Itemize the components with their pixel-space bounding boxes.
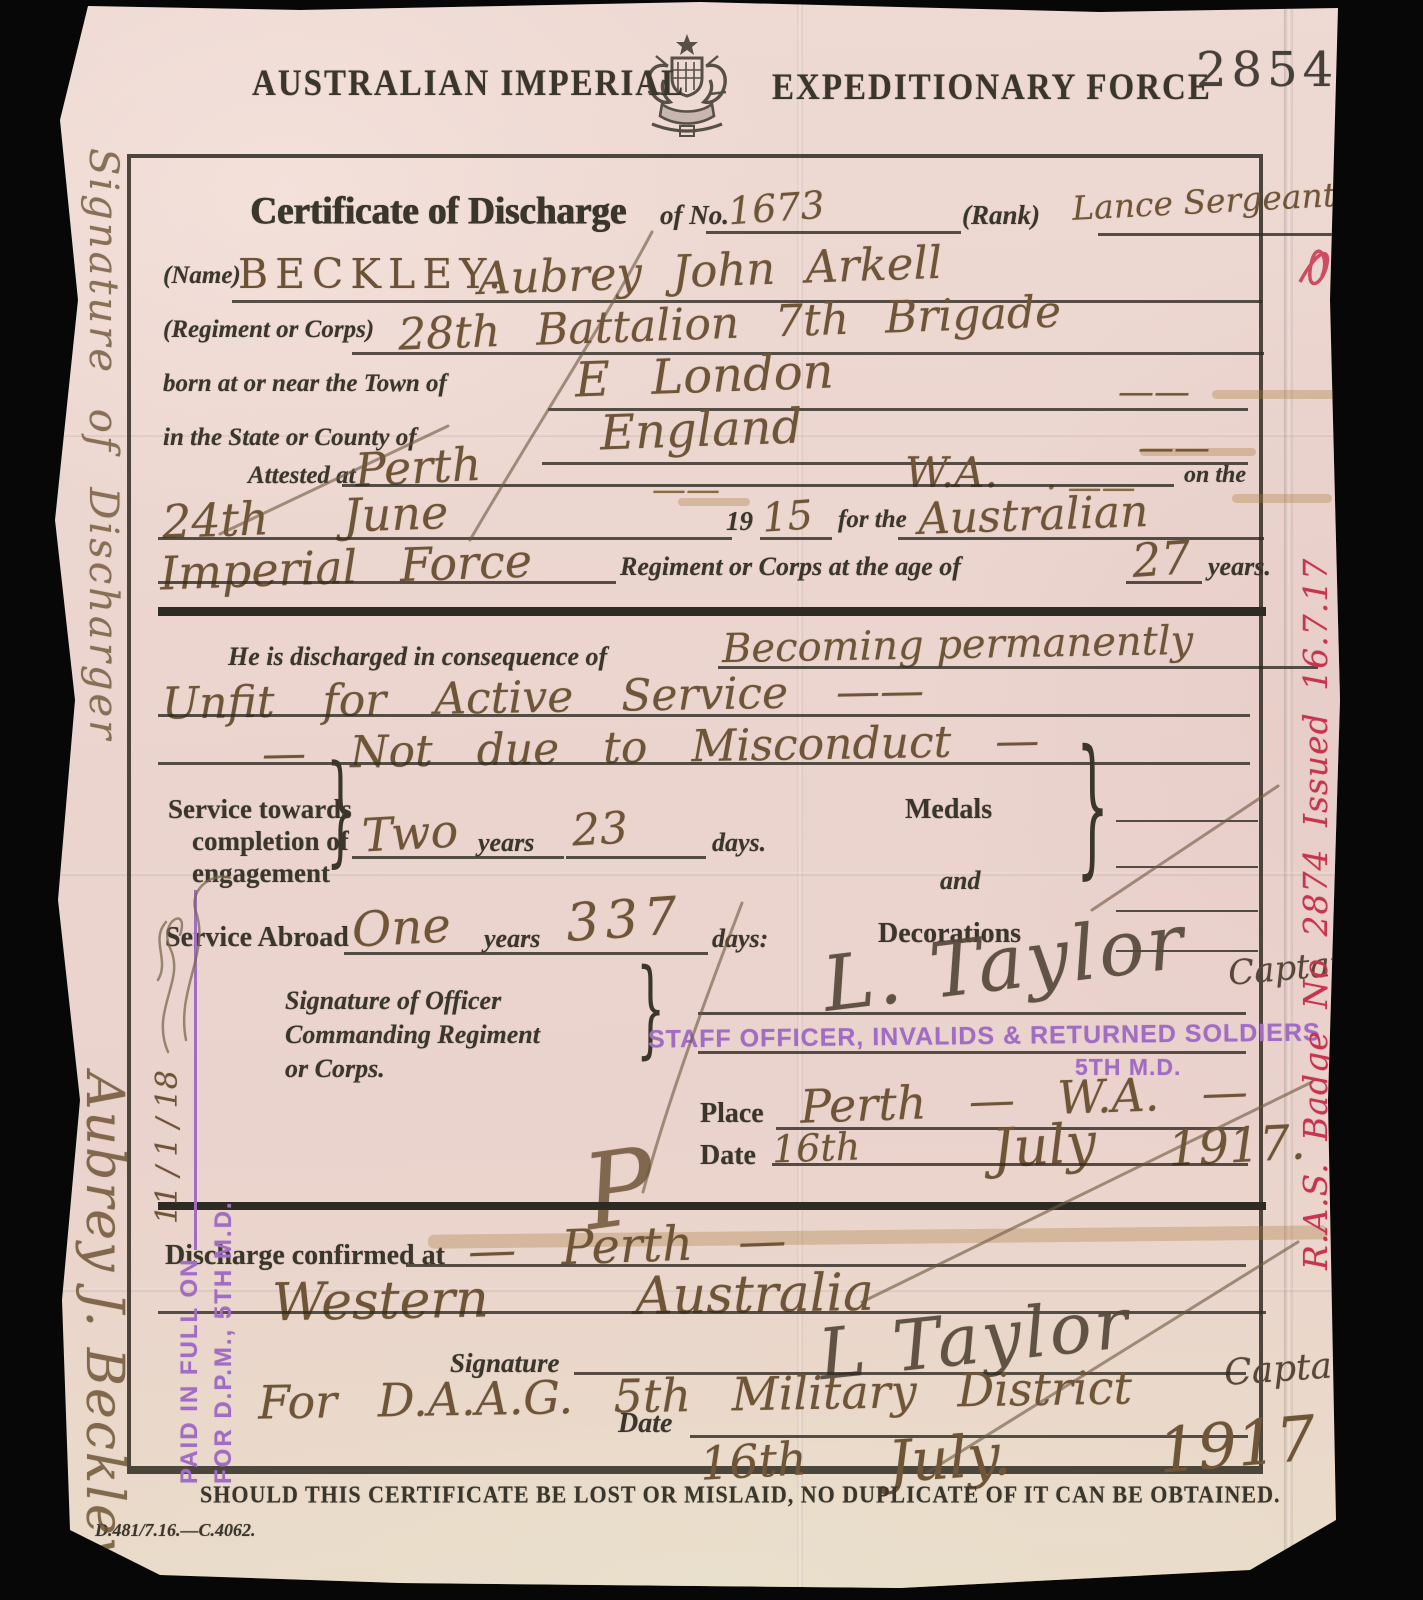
header-title-right: EXPEDITIONARY FORCE — [772, 68, 1212, 109]
born-label: born at or near the Town of — [163, 370, 447, 398]
date2-label: Date — [618, 1408, 672, 1440]
certificate-paper: AUSTRALIAN IMPERIAL EXPEDITIONARY FORCE … — [0, 0, 1423, 1600]
margin-red-note: R.A.S. Badge No 2874 Issued 16.7.17 — [1296, 260, 1335, 1270]
regiment-label: (Regiment or Corps) — [163, 316, 374, 344]
date-year-value: 1917. — [1167, 1114, 1307, 1177]
place-label: Place — [700, 1098, 764, 1130]
on-the-label: on the — [1184, 462, 1246, 489]
abroad-years-value: One — [351, 897, 452, 958]
paid-stamp-text: PAID IN FULL ON — [176, 1258, 203, 1484]
years-word-2: years — [484, 924, 540, 954]
footer-warning: SHOULD THIS CERTIFICATE BE LOST OR MISLA… — [200, 1481, 1160, 1509]
year-printed: 19 — [726, 506, 753, 537]
sig-officer-label-3: or Corps. — [285, 1054, 385, 1084]
paid-date-handwritten: 11 / 1 / 18 — [150, 1044, 185, 1224]
years-word: years — [478, 828, 534, 858]
age-value: 27 — [1130, 530, 1192, 588]
for-the-label: for the — [838, 506, 907, 534]
attested-label: Attested at — [248, 462, 356, 490]
engagement-label-1: Service towards — [168, 794, 352, 825]
days-word: days. — [712, 828, 766, 858]
margin-left-signature: Aubrey J. Beckley — [74, 1072, 134, 1600]
days-word-2: days: — [712, 924, 768, 954]
engagement-years-value: Two — [361, 804, 460, 863]
year-handwritten: 15 — [760, 492, 814, 541]
name-label: (Name) — [163, 262, 241, 290]
coat-of-arms-icon — [622, 32, 752, 144]
and-label: and — [940, 866, 980, 896]
medals-label: Medals — [905, 794, 992, 826]
header-title-left: AUSTRALIAN IMPERIAL — [252, 64, 685, 105]
section-rule-2 — [158, 1202, 1266, 1210]
confirmed-state-value: Western Australia — [272, 1263, 875, 1333]
years-label: years. — [1208, 552, 1271, 582]
abroad-days-value: 337 — [564, 886, 685, 954]
born-dash: —— — [1118, 372, 1190, 413]
document-number: 2854 — [1196, 42, 1338, 98]
sig-officer-label-2: Commanding Regiment — [285, 1020, 540, 1050]
medals-brace: } — [1076, 721, 1109, 895]
attested-state-value: W.A. — [905, 448, 998, 497]
certificate-title: Certificate of Discharge — [250, 189, 626, 234]
confirm-rank-value: Captain — [1223, 1343, 1368, 1394]
surname-value: BECKLEY. — [238, 250, 508, 298]
service-number-value: 1673 — [727, 183, 827, 234]
reason-label: He is discharged in consequence of — [228, 642, 607, 672]
margin-left-line1: Signature of Discharger — [80, 148, 126, 1088]
date-label: Date — [700, 1140, 756, 1172]
engagement-brace: } — [326, 739, 355, 879]
paid-stamp: PAID IN FULL ON FOR D.P.M., 5TH M.D. — [176, 872, 238, 1484]
date-month-value: July — [990, 1110, 1098, 1180]
age-label: Regiment or Corps at the age of — [620, 552, 961, 582]
attested-dash-1: —— — [652, 470, 720, 510]
county-value: England — [599, 398, 803, 461]
date2-year-value: 1917 — [1155, 1401, 1319, 1487]
section-rule-1 — [158, 607, 1266, 616]
reason-line1-value: Becoming permanently — [722, 618, 1194, 672]
of-no-label: of No. — [660, 200, 729, 231]
engagement-days-value: 23 — [571, 803, 630, 857]
paid-stamp-for: FOR D.P.M., 5TH M.D. — [210, 872, 238, 1484]
rank-label: (Rank) — [962, 200, 1040, 231]
document-photo: AUSTRALIAN IMPERIAL EXPEDITIONARY FORCE … — [0, 0, 1423, 1600]
sig-officer-label-1: Signature of Officer — [285, 986, 501, 1016]
